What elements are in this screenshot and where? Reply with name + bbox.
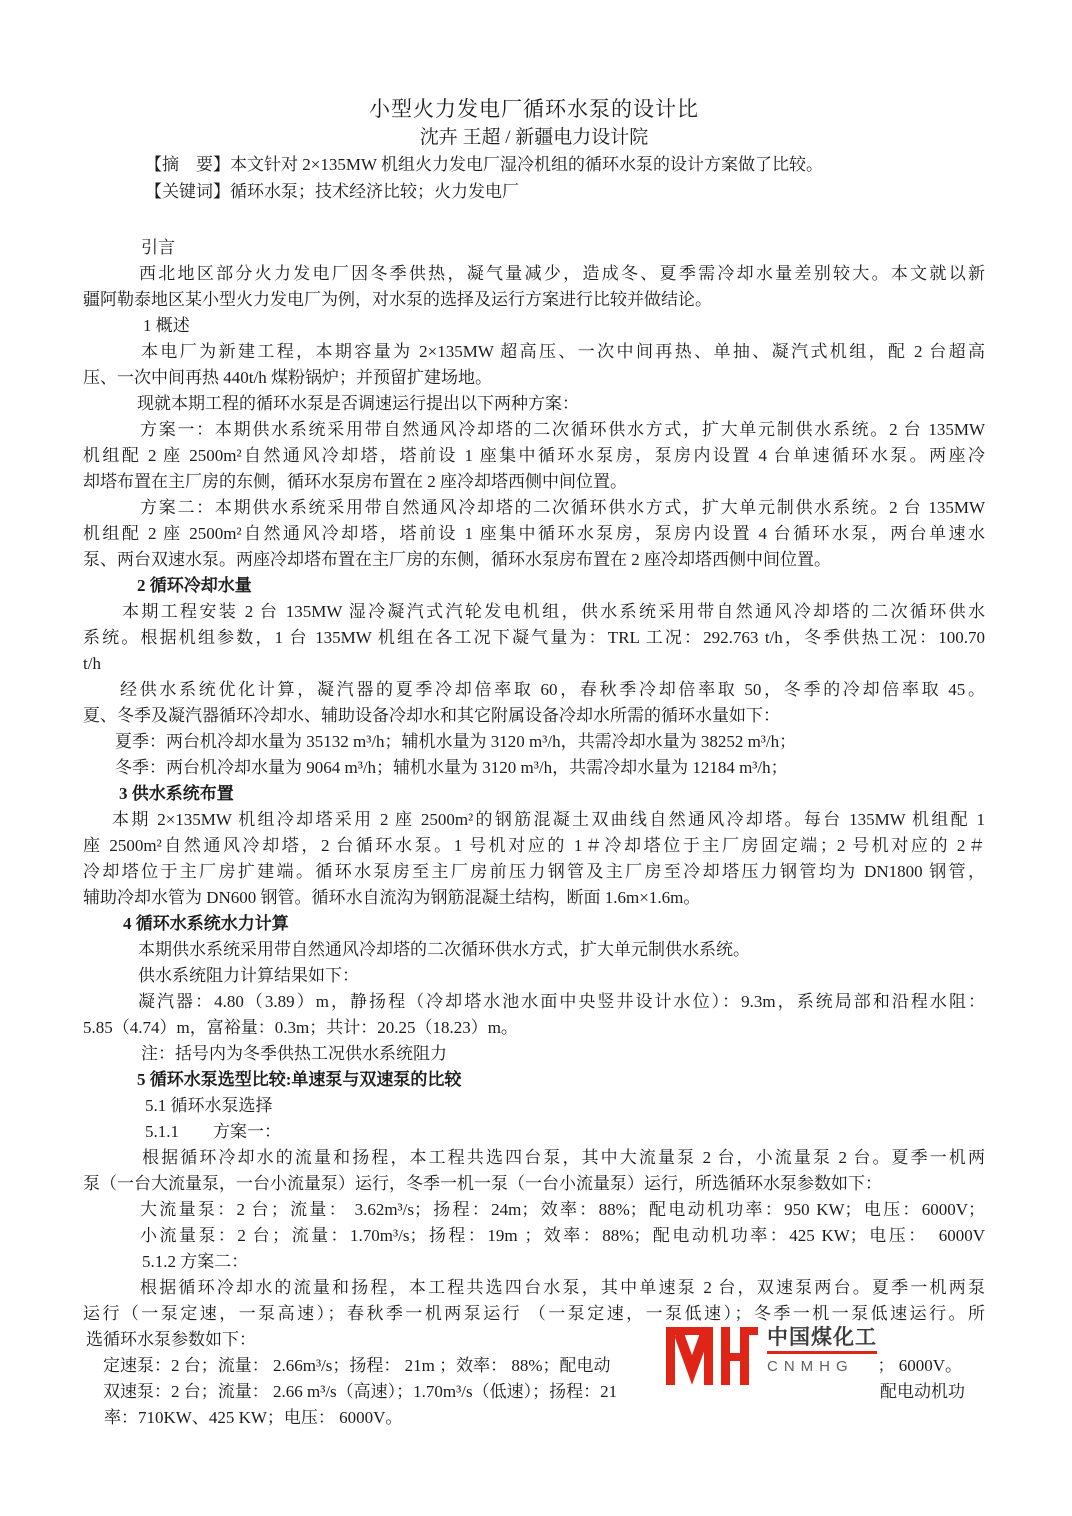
text-line: 泵、两台双速水泵。两座冷却塔布置在主厂房的东侧，循环水泵房布置在 2 座冷却塔西…	[83, 547, 985, 573]
text-line: 却塔布置在主厂房的东侧，循环水泵房布置在 2 座冷却塔西侧中间位置。	[83, 469, 985, 495]
section-heading-5-1-2: 5.1.2 方案二：	[83, 1249, 985, 1275]
section-heading-intro: 引言	[83, 235, 985, 261]
brand-text-block: 中国煤化工 CNMHG	[767, 1325, 877, 1377]
text-line: 大流量泵：2 台；流量： 3.62m³/s；扬程：24m；效率：88%；配电动机…	[83, 1197, 985, 1223]
text-line: 现就本期工程的循环水泵是否调速运行提出以下两种方案：	[83, 391, 985, 417]
text-line: 机组配 2 座 2500m²自然通风冷却塔，塔前设 1 座集中循环水泵房，泵房内…	[83, 443, 985, 469]
text-line: 压、一次中间再热 440t/h 煤粉锅炉；并预留扩建场地。	[83, 365, 985, 391]
text-line: 西北地区部分火力发电厂因冬季供热，凝气量减少，造成冬、夏季需冷却水量差别较大。本…	[83, 261, 985, 287]
text-line: 座 2500m²自然通风冷却塔，2 台循环水泵。1 号机对应的 1＃冷却塔位于主…	[83, 833, 985, 859]
text-line: 泵（一台大流量泵，一台小流量泵）运行，冬季一机一泵（一台小流量泵）运行，所选循环…	[83, 1171, 985, 1197]
text-line: 机组配 2 座 2500m²自然通风冷却塔，塔前设 1 座集中循环水泵房，泵房内…	[83, 521, 985, 547]
mh-monogram-icon	[666, 1325, 758, 1387]
text-line-right-segment: ； 6000V。	[877, 1353, 962, 1379]
section-heading-3: 3 供水系统布置	[83, 781, 985, 807]
text-line: t/h	[83, 651, 985, 677]
text-line: 根据循环冷却水的流量和扬程，本工程共选四台水泵，其中单速泵 2 台，双速泵两台。…	[83, 1275, 985, 1301]
section-heading-5: 5 循环水泵选型比较:单速泵与双速泵的比较	[83, 1067, 985, 1093]
text-line: 注：括号内为冬季供热工况供水系统阻力	[83, 1041, 985, 1067]
doc-title: 小型火力发电厂循环水泵的设计比	[83, 94, 985, 124]
text-line: 本期 2×135MW 机组冷却塔采用 2 座 2500m²的钢筋混凝土双曲线自然…	[83, 807, 985, 833]
text-line: 供水系统阻力计算结果如下：	[83, 963, 985, 989]
brand-name: 中国煤化工	[767, 1325, 877, 1354]
text-line: 本期工程安装 2 台 135MW 湿冷凝汽式汽轮发电机组，供水系统采用带自然通风…	[83, 599, 985, 625]
section-heading-4: 4 循环水系统水力计算	[83, 911, 985, 937]
doc-abstract: 【摘 要】本文针对 2×135MW 机组火力发电厂湿冷机组的循环水泵的设计方案做…	[83, 151, 985, 178]
text-line: 夏、冬季及凝汽器循环冷却水、辅助设备冷却水和其它附属设备冷却水所需的循环水量如下…	[83, 703, 985, 729]
text-line-left-segment: 定速泵：2 台；流量： 2.66m³/s；扬程： 21m ；效率： 88%；配电…	[103, 1356, 611, 1375]
section-heading-2: 2 循环冷却水量	[83, 573, 985, 599]
brand-latin: CNMHG	[767, 1356, 877, 1377]
section-heading-5-1-1: 5.1.1 方案一：	[83, 1119, 985, 1145]
text-line: 5.85（4.74）m，富裕量：0.3m；共计：20.25（18.23）m。	[83, 1015, 985, 1041]
document-body: 小型火力发电厂循环水泵的设计比沈卉 王超 / 新疆电力设计院【摘 要】本文针对 …	[0, 0, 1072, 1431]
text-line: 本期供水系统采用带自然通风冷却塔的二次循环供水方式，扩大单元制供水系统。	[83, 937, 985, 963]
text-line-right-segment: 配电动机功	[880, 1379, 965, 1405]
text-line: 冬季：两台机冷却水量为 9064 m³/h；辅机水量为 3120 m³/h，共需…	[83, 755, 985, 781]
text-line: 疆阿勒泰地区某小型火力发电厂为例，对水泵的选择及运行方案进行比较并做结论。	[83, 287, 985, 313]
section-heading-1: 1 概述	[83, 313, 985, 339]
doc-authors: 沈卉 王超 / 新疆电力设计院	[83, 124, 985, 151]
text-line: 系统。根据机组参数，1 台 135MW 机组在各工况下凝气量为：TRL 工况：2…	[83, 625, 985, 651]
text-line: 根据循环冷却水的流量和扬程，本工程共选四台泵，其中大流量泵 2 台，小流量泵 2…	[83, 1145, 985, 1171]
doc-keywords: 【关键词】循环水泵；技术经济比较；火力发电厂	[83, 178, 985, 205]
text-line: 小流量泵：2 台；流量：1.70m³/s；扬程：19m ；效率：88%；配电动机…	[83, 1223, 985, 1249]
text-line: 凝汽器：4.80（3.89）m，静扬程（冷却塔水池水面中央竖井设计水位）：9.3…	[83, 989, 985, 1015]
text-line: 率：710KW、425 KW；电压： 6000V。	[83, 1405, 985, 1431]
section-heading-5-1: 5.1 循环水泵选择	[83, 1093, 985, 1119]
text-line: 方案二：本期供水系统采用带自然通风冷却塔的二次循环供水方式，扩大单元制供水系统。…	[83, 495, 985, 521]
text-line: 夏季：两台机冷却水量为 35132 m³/h；辅机水量为 3120 m³/h，共…	[83, 729, 985, 755]
text-line: 本电厂为新建工程，本期容量为 2×135MW 超高压、一次中间再热、单抽、凝汽式…	[83, 339, 985, 365]
text-line: 方案一：本期供水系统采用带自然通风冷却塔的二次循环供水方式，扩大单元制供水系统。…	[83, 417, 985, 443]
brand-logo: 中国煤化工 CNMHG	[664, 1323, 880, 1389]
text-line: 冷却塔位于主厂房扩建端。循环水泵房至主厂房前压力钢管及主厂房至冷却塔压力钢管均为…	[83, 859, 985, 885]
text-line: 经供水系统优化计算，凝汽器的夏季冷却倍率取 60，春秋季冷却倍率取 50，冬季的…	[83, 677, 985, 703]
text-line: 辅助冷却水管为 DN600 钢管。循环水自流沟为钢筋混凝土结构，断面 1.6m×…	[83, 885, 985, 911]
text-line-left-segment: 双速泵：2 台；流量： 2.66 m³/s（高速）；1.70m³/s（低速）；扬…	[103, 1382, 617, 1401]
